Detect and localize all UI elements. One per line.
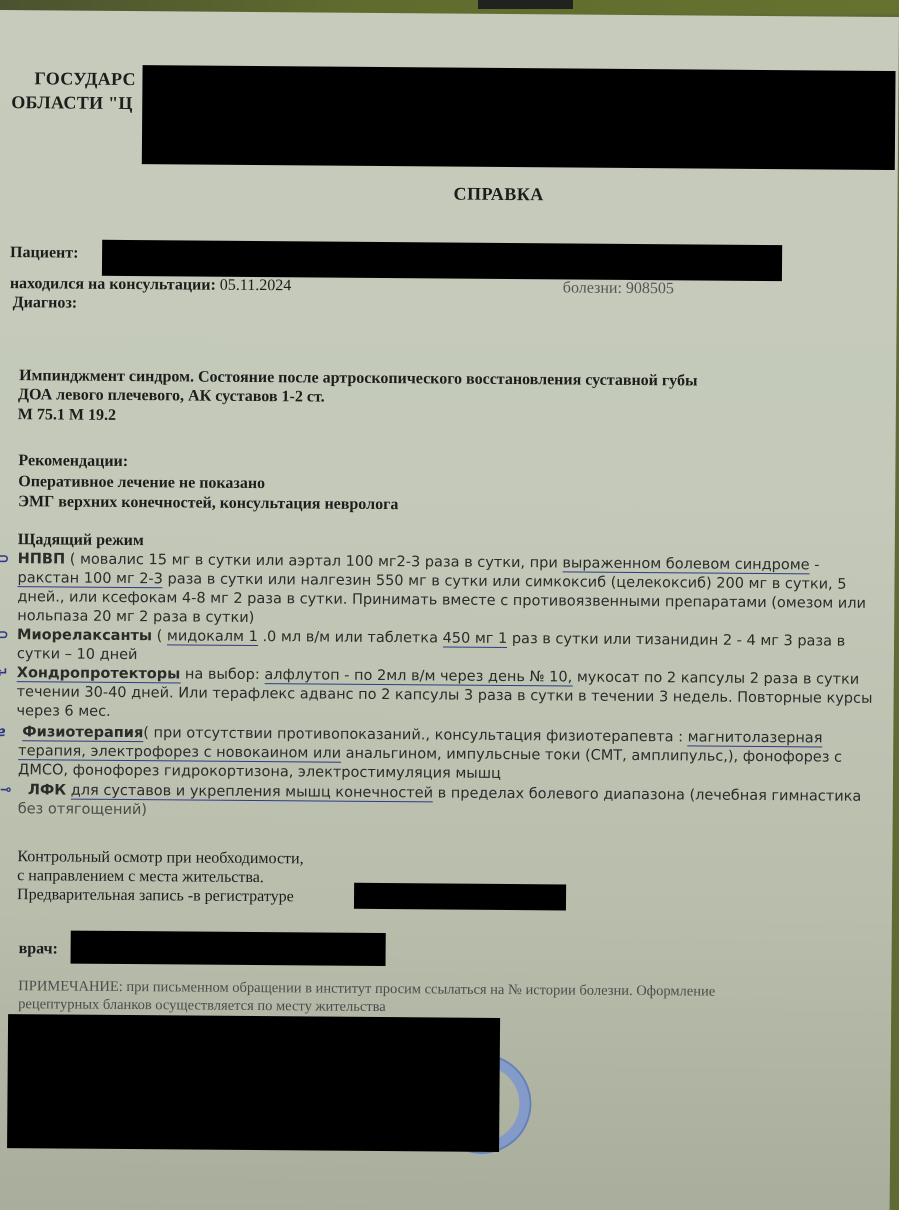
doctor-label: врач: <box>19 940 58 958</box>
relaxants-line2: сутки – 10 дней <box>17 646 138 663</box>
chondro-heading: Хондропротекторы <box>17 665 181 683</box>
redaction-org <box>142 65 896 170</box>
relaxants-text: ( <box>152 628 167 644</box>
nsaid-text: - <box>810 557 820 573</box>
org-name-line1: ГОСУДАРС <box>34 68 136 90</box>
document-page: ГОСУДАРС ОБЛАСТИ "Ц СПРАВКА Пациент: бол… <box>0 10 899 1210</box>
nsaid-line1: НПВП ( мовалис 15 мг в сутки или аэртал … <box>18 551 820 573</box>
followup-line3: Предварительная запись -в регистратуре <box>17 886 294 906</box>
nsaid-line4: нольпаза 20 мг 2 раза в сутки) <box>17 608 254 626</box>
nsaid-heading: НПВП <box>18 551 66 567</box>
consultation-line: находился на консультации: 05.11.2024 <box>10 275 292 295</box>
chondro-text: на выбор: <box>180 666 264 683</box>
lfk-text: в пределах болевого диапазона (лечебная … <box>433 785 861 804</box>
history-number: болезни: 908505 <box>563 279 674 298</box>
redaction-registry <box>354 883 566 911</box>
lfk-underlined: для суставов и укрепления мышц конечност… <box>71 783 433 803</box>
note-line2: рецептурных бланков осуществляется по ме… <box>18 996 386 1016</box>
chondro-line2: течении 30-40 дней. Или терафлекс адванс… <box>17 684 873 707</box>
recommendation-emg: ЭМГ верхних конечностей, консультация не… <box>18 493 398 514</box>
physio-heading: Физиотерапия <box>22 724 143 742</box>
consultation-date: 05.11.2024 <box>220 277 292 295</box>
diagnosis-codes: М 75.1 М 19.2 <box>18 406 116 425</box>
nsaid-underlined: выраженном болевом синдроме <box>562 555 809 574</box>
handwritten-mark: ↵ <box>0 665 9 681</box>
recommendation-regime: Щадящий режим <box>18 531 144 550</box>
background-object <box>478 0 573 9</box>
followup-line1: Контрольный осмотр при необходимости, <box>17 848 303 868</box>
recommendation-no-surgery: Оперативное лечение не показано <box>18 473 265 493</box>
redaction-signature <box>7 1014 500 1152</box>
lfk-heading: ЛФК <box>28 782 66 798</box>
relaxants-underlined: 450 мг 1 <box>443 630 508 648</box>
relaxants-text: раз в сутки или тизанидин 2 - 4 мг 3 раз… <box>507 631 845 650</box>
org-name-line2: ОБЛАСТИ "Ц <box>11 92 133 114</box>
consultation-label: находился на консультации: <box>10 275 216 294</box>
handwritten-mark: ⊃ <box>0 627 9 643</box>
diagnosis-line2: ДОА левого плечевого, АК суставов 1-2 ст… <box>18 386 325 406</box>
followup-line2: с направлением с места жительства. <box>17 867 264 887</box>
document-title: СПРАВКА <box>453 184 543 206</box>
lfk-line1: ЛФК для суставов и укрепления мышц конеч… <box>28 782 862 805</box>
relaxants-underlined: мидокалм 1 <box>167 628 258 646</box>
relaxants-heading: Миорелаксанты <box>17 627 152 644</box>
chondro-underlined: алфлутоп - по 2мл в/м через день № 10, <box>264 667 572 686</box>
physio-line1: Физиотерапия( при отсутствии противопока… <box>22 724 822 746</box>
chondro-text: мукосат по 2 капсулы 2 раза в сутки <box>572 670 859 688</box>
lfk-line2: без отягощений) <box>18 801 147 818</box>
handwritten-mark: ɐ <box>0 724 6 740</box>
handwritten-mark: ⊸ <box>0 782 12 798</box>
physio-line3: ДМСО, фонофорез гидрокортизона, электрос… <box>18 762 501 782</box>
physio-underlined: терапия, электрофорез с новокаином или <box>18 743 341 763</box>
handwritten-mark: ⊃ <box>0 551 9 567</box>
nsaid-underlined: ракстан 100 мг 2-3 <box>17 570 163 588</box>
nsaid-text: раза в сутки или налгезин 550 мг в сутки… <box>163 571 847 592</box>
physio-text: анальгином, импульсные токи (СМТ, амплип… <box>341 746 842 766</box>
relaxants-line1: Миорелаксанты ( мидокалм 1 .0 мл в/м или… <box>17 627 845 650</box>
redaction-patient <box>102 240 782 281</box>
diagnosis-label: Диагноз: <box>13 294 78 313</box>
nsaid-text: ( мовалис 15 мг в сутки или аэртал 100 м… <box>65 552 562 572</box>
recommendations-label: Рекомендации: <box>18 452 128 471</box>
physio-text: ( при отсутствии противопоказаний., конс… <box>143 725 688 745</box>
redaction-doctor <box>71 931 386 966</box>
chondro-line3: через 6 мес. <box>16 703 110 720</box>
physio-underlined: магнитолазерная <box>688 729 823 747</box>
patient-label: Пациент: <box>10 244 79 263</box>
relaxants-text: .0 мл в/м или таблетка <box>258 629 443 646</box>
